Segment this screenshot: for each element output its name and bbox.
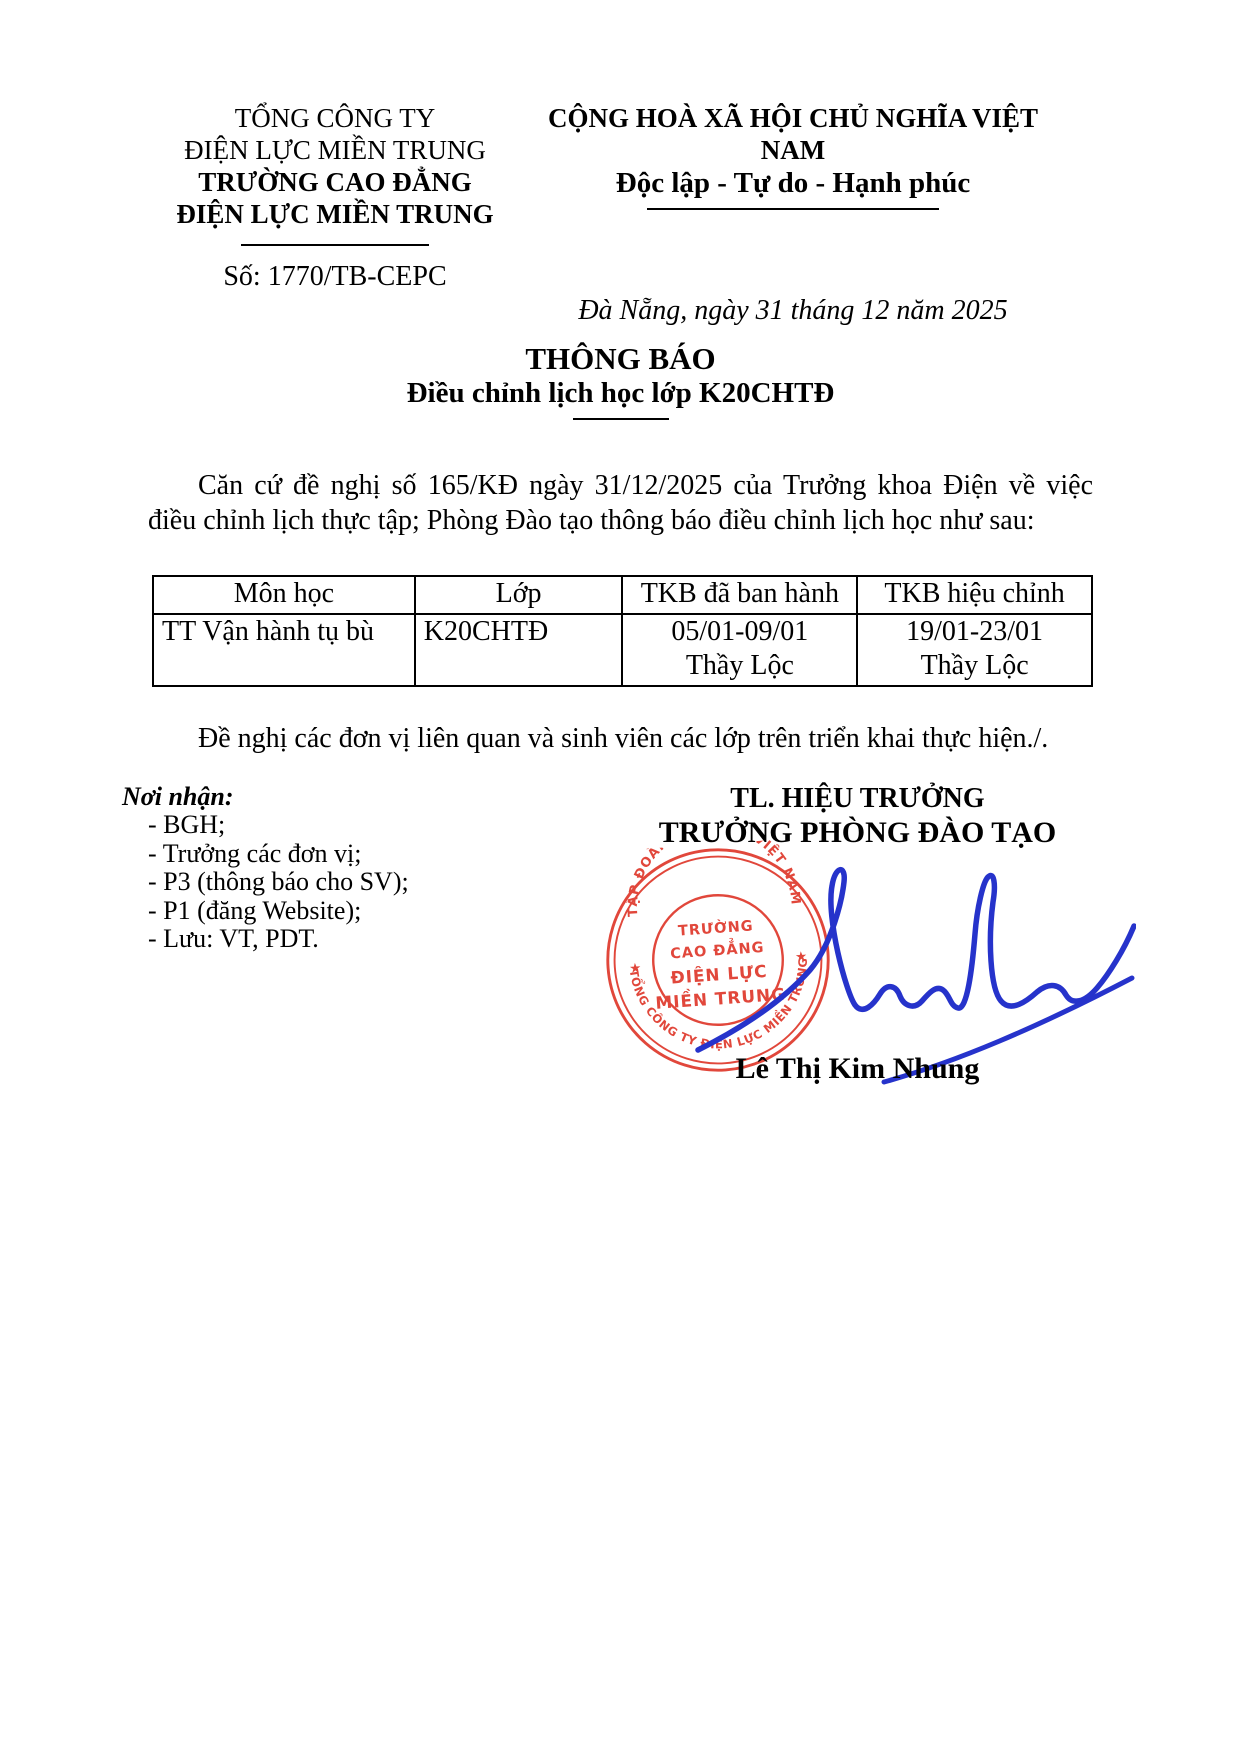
national-motto: Độc lập - Tự do - Hạnh phúc xyxy=(528,166,1058,200)
table-header-class: Lớp xyxy=(415,576,623,614)
cell-subject: TT Vận hành tụ bù xyxy=(153,614,415,686)
recipient-item: - Lưu: VT, PDT. xyxy=(148,925,542,954)
stamp-star-left-icon: ★ xyxy=(629,960,642,977)
table-header-subject: Môn học xyxy=(153,576,415,614)
signature-main-stroke xyxy=(698,870,1134,1050)
table-row: TT Vận hành tụ bù K20CHTĐ 05/01-09/01 Th… xyxy=(153,614,1092,686)
table-header-old-schedule: TKB đã ban hành xyxy=(622,576,857,614)
old-schedule-dates: 05/01-09/01 xyxy=(631,615,848,649)
org-header: TỔNG CÔNG TY ĐIỆN LỰC MIỀN TRUNG TRƯỜNG … xyxy=(110,102,560,294)
old-schedule-teacher: Thầy Lộc xyxy=(631,649,848,683)
document-page: TỔNG CÔNG TY ĐIỆN LỰC MIỀN TRUNG TRƯỜNG … xyxy=(0,0,1241,1755)
notice-subtitle: Điều chỉnh lịch học lớp K20CHTĐ xyxy=(0,376,1241,410)
table-header-new-schedule: TKB hiệu chỉnh xyxy=(857,576,1092,614)
cell-old-schedule: 05/01-09/01 Thầy Lộc xyxy=(622,614,857,686)
national-title: CỘNG HOÀ XÃ HỘI CHỦ NGHĨA VIỆT NAM xyxy=(528,102,1058,166)
new-schedule-teacher: Thầy Lộc xyxy=(866,649,1083,683)
org-name-line2: ĐIỆN LỰC MIỀN TRUNG xyxy=(110,198,560,230)
recipient-item: - P3 (thông báo cho SV); xyxy=(148,868,542,897)
issue-date: Đà Nẵng, ngày 31 tháng 12 năm 2025 xyxy=(528,294,1058,328)
recipients-label: Nơi nhận: xyxy=(122,782,542,811)
national-header: CỘNG HOÀ XÃ HỘI CHỦ NGHĨA VIỆT NAM Độc l… xyxy=(528,102,1058,328)
national-header-divider xyxy=(647,208,939,210)
org-parent-line2: ĐIỆN LỰC MIỀN TRUNG xyxy=(110,134,560,166)
recipient-item: - P1 (đăng Website); xyxy=(148,897,542,926)
recipients-block: Nơi nhận: - BGH; - Trưởng các đơn vị; - … xyxy=(122,782,542,954)
notice-title-block: THÔNG BÁO Điều chỉnh lịch học lớp K20CHT… xyxy=(0,342,1241,420)
org-parent-line1: TỔNG CÔNG TY xyxy=(110,102,560,134)
org-header-divider xyxy=(241,244,429,246)
recipient-item: - Trưởng các đơn vị; xyxy=(148,840,542,869)
cell-new-schedule: 19/01-23/01 Thầy Lộc xyxy=(857,614,1092,686)
recipient-item: - BGH; xyxy=(148,811,542,840)
schedule-table: Môn học Lớp TKB đã ban hành TKB hiệu chỉ… xyxy=(152,575,1093,687)
signature-block: TL. HIỆU TRƯỞNG TRƯỞNG PHÒNG ĐÀO TẠO xyxy=(590,782,1125,850)
table-header-row: Môn học Lớp TKB đã ban hành TKB hiệu chỉ… xyxy=(153,576,1092,614)
closing-paragraph: Đề nghị các đơn vị liên quan và sinh viê… xyxy=(148,722,1093,756)
body-paragraph: Căn cứ đề nghị số 165/KĐ ngày 31/12/2025… xyxy=(148,468,1093,538)
cell-class: K20CHTĐ xyxy=(415,614,623,686)
title-divider xyxy=(573,418,669,420)
notice-title: THÔNG BÁO xyxy=(0,342,1241,376)
new-schedule-dates: 19/01-23/01 xyxy=(866,615,1083,649)
signer-title-delegation: TL. HIỆU TRƯỞNG xyxy=(590,782,1125,815)
signer-title-position: TRƯỞNG PHÒNG ĐÀO TẠO xyxy=(590,815,1125,850)
org-name-line1: TRƯỜNG CAO ĐẲNG xyxy=(110,166,560,198)
signer-name: Lê Thị Kim Nhung xyxy=(590,1052,1125,1086)
doc-number: Số: 1770/TB-CEPC xyxy=(110,260,560,294)
